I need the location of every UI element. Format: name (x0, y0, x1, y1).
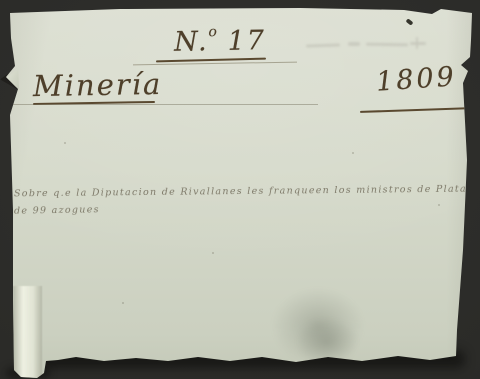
paper-speck (212, 252, 214, 254)
paper-speck (438, 204, 440, 206)
paper-stain (272, 288, 364, 364)
document-number-value: 17 (227, 25, 266, 57)
pencil-smudge (410, 42, 426, 45)
document-title: Minería (33, 67, 163, 103)
ink-fleck (406, 18, 414, 25)
document-year: 1809 (375, 61, 458, 98)
document-number-prefix: N. (174, 26, 209, 58)
pencil-smudge (366, 43, 408, 47)
handwritten-note-line-1: Sobre q.e la Diputacion de Rivallanes le… (14, 184, 467, 200)
pencil-smudge (306, 43, 340, 47)
document-number: N.o 17 (140, 23, 301, 59)
bottom-left-curled-corner (13, 286, 42, 378)
paper-speck (64, 142, 66, 144)
scan-stage: N.o 17 Minería 1809 Sobre q.e la Diputac… (0, 0, 480, 379)
year-underline (360, 107, 472, 113)
paper-speck (352, 152, 354, 154)
pencil-smudge (348, 42, 360, 46)
faint-pencil-inscription (300, 36, 450, 60)
paper-speck (122, 302, 124, 304)
ruled-line (10, 104, 318, 105)
document-number-superscript: o (208, 24, 217, 40)
handwritten-note-line-2: de 99 azogues (14, 204, 100, 216)
document-page: N.o 17 Minería 1809 Sobre q.e la Diputac… (0, 0, 480, 379)
